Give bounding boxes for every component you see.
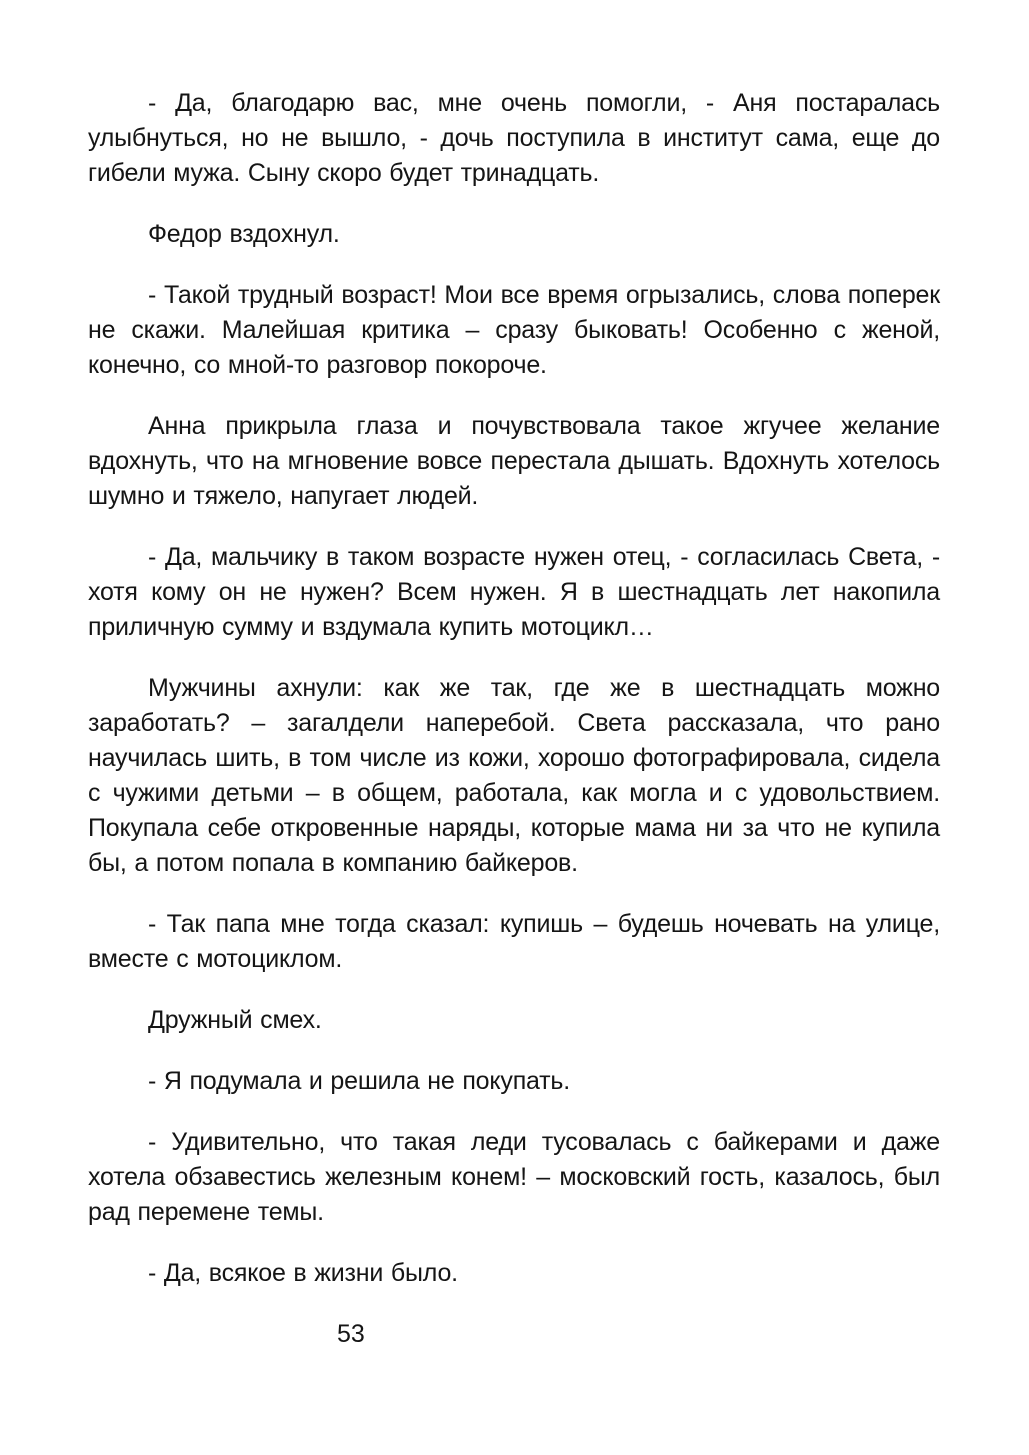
paragraph: - Я подумала и решила не покупать.	[88, 1064, 940, 1099]
paragraph: - Да, мальчику в таком возрасте нужен от…	[88, 540, 940, 645]
paragraph: - Да, благодарю вас, мне очень помогли, …	[88, 86, 940, 191]
paragraph: - Такой трудный возраст! Мои все время о…	[88, 278, 940, 383]
document-page: - Да, благодарю вас, мне очень помогли, …	[0, 0, 1029, 1455]
page-number: 53	[337, 1317, 940, 1352]
paragraph: - Да, всякое в жизни было.	[88, 1256, 940, 1291]
paragraph: Анна прикрыла глаза и почувствовала тако…	[88, 409, 940, 514]
paragraph: - Так папа мне тогда сказал: купишь – бу…	[88, 907, 940, 977]
paragraph: - Удивительно, что такая леди тусовалась…	[88, 1125, 940, 1230]
paragraph: Дружный смех.	[88, 1003, 940, 1038]
paragraph: Федор вздохнул.	[88, 217, 940, 252]
page-text: - Да, благодарю вас, мне очень помогли, …	[88, 86, 940, 1291]
paragraph: Мужчины ахнули: как же так, где же в шес…	[88, 671, 940, 881]
